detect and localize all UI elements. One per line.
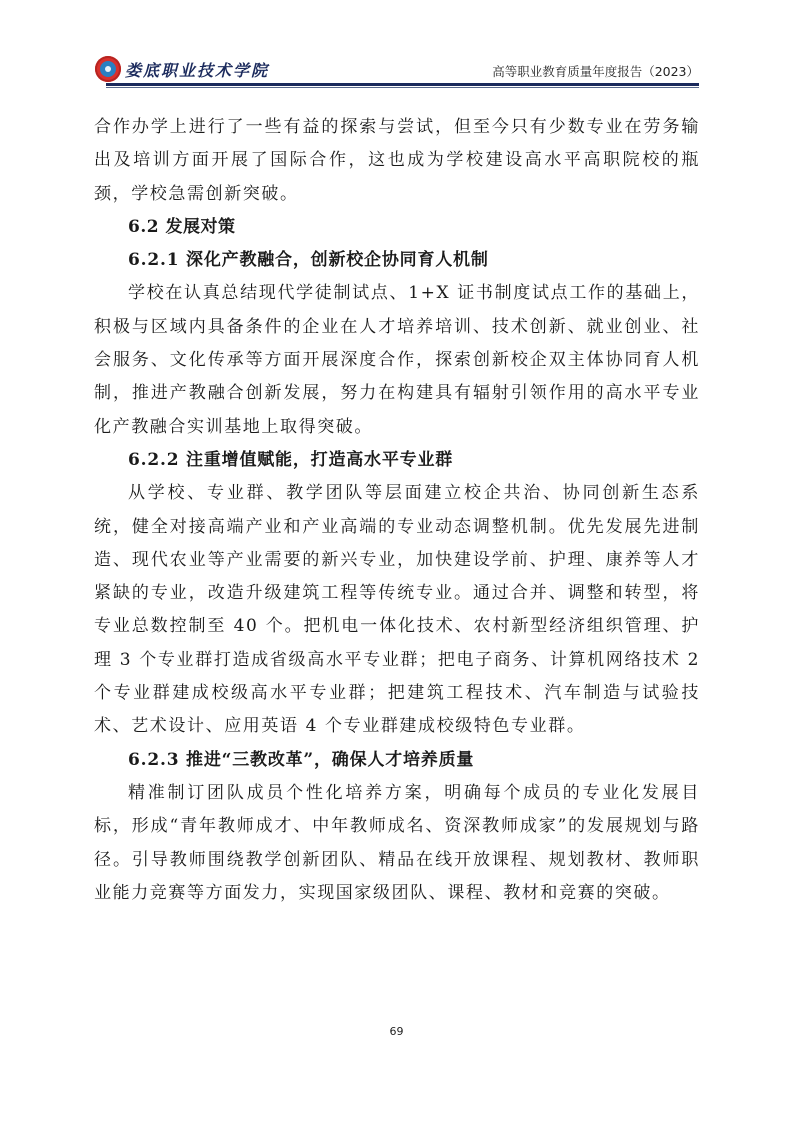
school-name: 娄底职业技术学院	[125, 58, 269, 81]
intro-paragraph: 合作办学上进行了一些有益的探索与尝试，但至今只有少数专业在劳务输出及培训方面开展…	[94, 111, 700, 211]
subsection-paragraph-623: 精准制订团队成员个性化培养方案，明确每个成员的专业化发展目标，形成“青年教师成才…	[94, 777, 700, 910]
page-number: 69	[0, 1025, 793, 1038]
report-title: 高等职业教育质量年度报告（2023）	[492, 62, 699, 80]
header-rule-thin	[106, 87, 699, 88]
subsection-paragraph-622: 从学校、专业群、教学团队等层面建立校企共治、协同创新生态系统，健全对接高端产业和…	[94, 477, 700, 743]
subsection-paragraph-621: 学校在认真总结现代学徒制试点、1+X 证书制度试点工作的基础上，积极与区域内具备…	[94, 277, 700, 443]
subsection-heading-623: 6.2.3 推进“三教改革”，确保人才培养质量	[94, 744, 700, 777]
subsection-heading-621: 6.2.1 深化产教融合，创新校企协同育人机制	[94, 244, 700, 277]
subsection-heading-622: 6.2.2 注重增值赋能，打造高水平专业群	[94, 444, 700, 477]
section-heading: 6.2 发展对策	[94, 211, 700, 244]
header-rule	[106, 83, 699, 86]
page-content: 合作办学上进行了一些有益的探索与尝试，但至今只有少数专业在劳务输出及培训方面开展…	[94, 111, 700, 910]
school-emblem-icon	[95, 56, 121, 82]
page-header: 娄底职业技术学院 高等职业教育质量年度报告（2023）	[93, 52, 699, 86]
